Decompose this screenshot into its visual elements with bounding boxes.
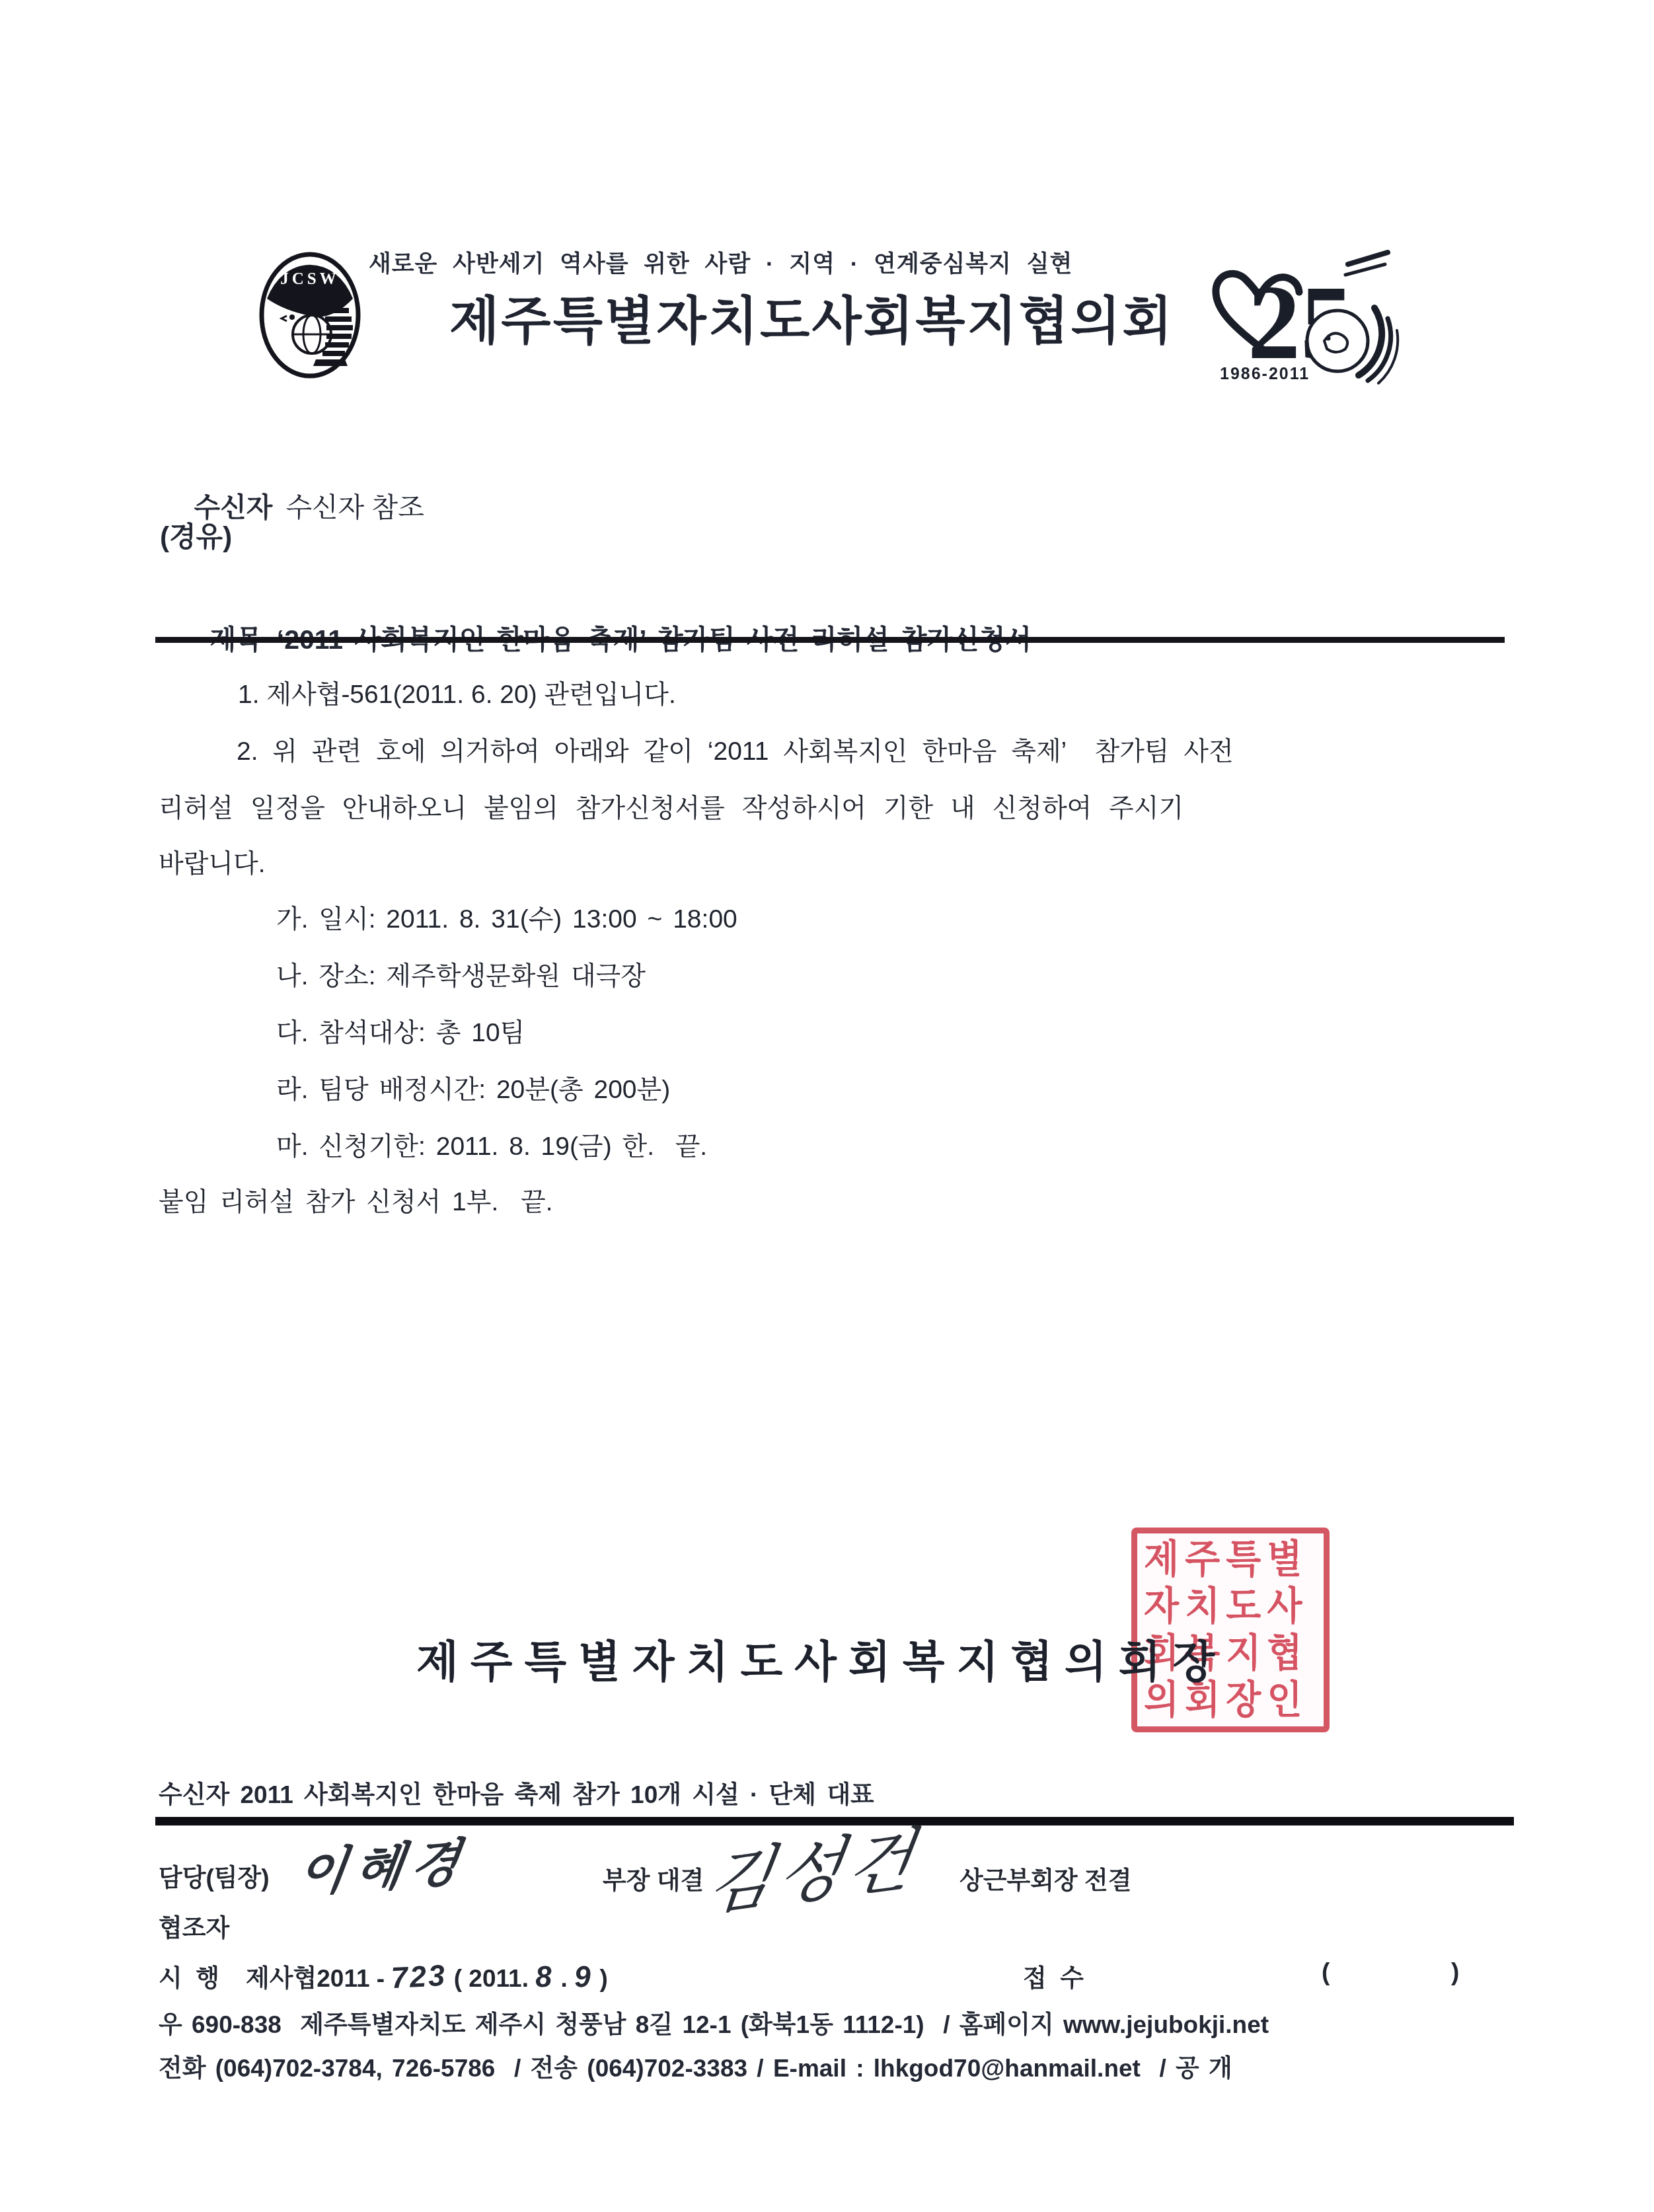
organization-name: 제주특별자치도사회복지협의회	[449, 280, 1174, 354]
handwritten-month: 8	[535, 1959, 555, 1994]
anniversary-25-logo-icon: 25 1986-2011	[1189, 233, 1388, 378]
signature-damdang: 이혜경	[294, 1821, 473, 1905]
body-paragraph-1: 1. 제사협-561(2011. 6. 20) 관련입니다.	[238, 674, 676, 711]
receipt-paren-close: )	[1451, 1958, 1459, 1986]
handwritten-doc-number: 723	[391, 1958, 448, 1995]
header-slogan: 새로운 사반세기 역사를 위한 사람 · 지역 · 연계중심복지 실현	[369, 246, 1072, 279]
handwritten-day: 9	[574, 1959, 594, 1994]
list-item: 나. 장소: 제주학생문화원 대극장	[276, 955, 646, 992]
approval-bujang-label: 부장 대결	[603, 1861, 704, 1896]
list-item: 마. 신청기한: 2011. 8. 19(금) 한. 끝.	[276, 1126, 707, 1163]
via-label: (경유)	[160, 515, 232, 555]
signer-title: 제주특별자치도사회복지협의회장	[416, 1627, 1226, 1689]
receipt-label: 접 수	[1023, 1958, 1084, 1994]
dispatch-date-close: )	[593, 1965, 608, 1992]
recipient-value: 수신자 참조	[285, 492, 424, 523]
dispatch-date-sep: .	[554, 1965, 574, 1992]
stamp-row: 제주특별	[1144, 1540, 1317, 1579]
approval-jungyul-label: 상근부회장 전결	[959, 1861, 1131, 1896]
jcsw-dove-logo-icon: JCSW	[246, 238, 350, 369]
footer-recipient-line: 수신자 2011 사회복지인 한마음 축제 참가 10개 시설 · 단체 대표	[159, 1775, 874, 1810]
list-item: 가. 일시: 2011. 8. 31(수) 13:00 ~ 18:00	[276, 899, 737, 936]
anniversary-years: 1986-2011	[1220, 365, 1310, 383]
document-page: JCSW 새로운 사반세기 역사를 위한 사람 · 지역 · 연계중심복지 실현…	[0, 0, 1654, 2212]
footer-address-line: 우 690-838 제주특별자치도 제주시 청풍남 8길 12-1 (화북1동 …	[159, 2005, 1269, 2040]
list-item: 다. 참석대상: 총 10팀	[276, 1012, 525, 1049]
stamp-row: 자치도사	[1144, 1587, 1317, 1626]
body-paragraph-2-line-2: 리허설 일정을 안내하오니 붙임의 참가신청서를 작성하시어 기한 내 신청하여…	[159, 788, 1184, 825]
approval-damdang-label: 담당(팀장)	[159, 1858, 270, 1894]
dispatch-doc-prefix: 제사협2011 -	[246, 1965, 391, 1992]
dispatch-label: 시 행	[159, 1958, 219, 1994]
divider-under-subject	[155, 637, 1505, 643]
approval-hyupjoja-label: 협조자	[159, 1908, 229, 1944]
attachment-line: 붙임 리허설 참가 신청서 1부. 끝.	[159, 1181, 552, 1218]
logo-text: JCSW	[280, 270, 339, 288]
list-item: 라. 팀당 배정시간: 20분(총 200분)	[276, 1069, 670, 1106]
receipt-paren-open: (	[1322, 1958, 1330, 1986]
dispatch-date-open: ( 2011.	[447, 1965, 535, 1992]
footer-contact-line: 전화 (064)702-3784, 726-5786 / 전송 (064)702…	[159, 2048, 1232, 2084]
body-paragraph-2-line-3: 바랍니다.	[159, 843, 266, 880]
dispatch-number-line: 제사협2011 - 723 ( 2011. 8 . 9 )	[246, 1958, 608, 1994]
body-paragraph-2-line-1: 2. 위 관련 호에 의거하여 아래와 같이 ‘2011 사회복지인 한마음 축…	[237, 731, 1234, 768]
